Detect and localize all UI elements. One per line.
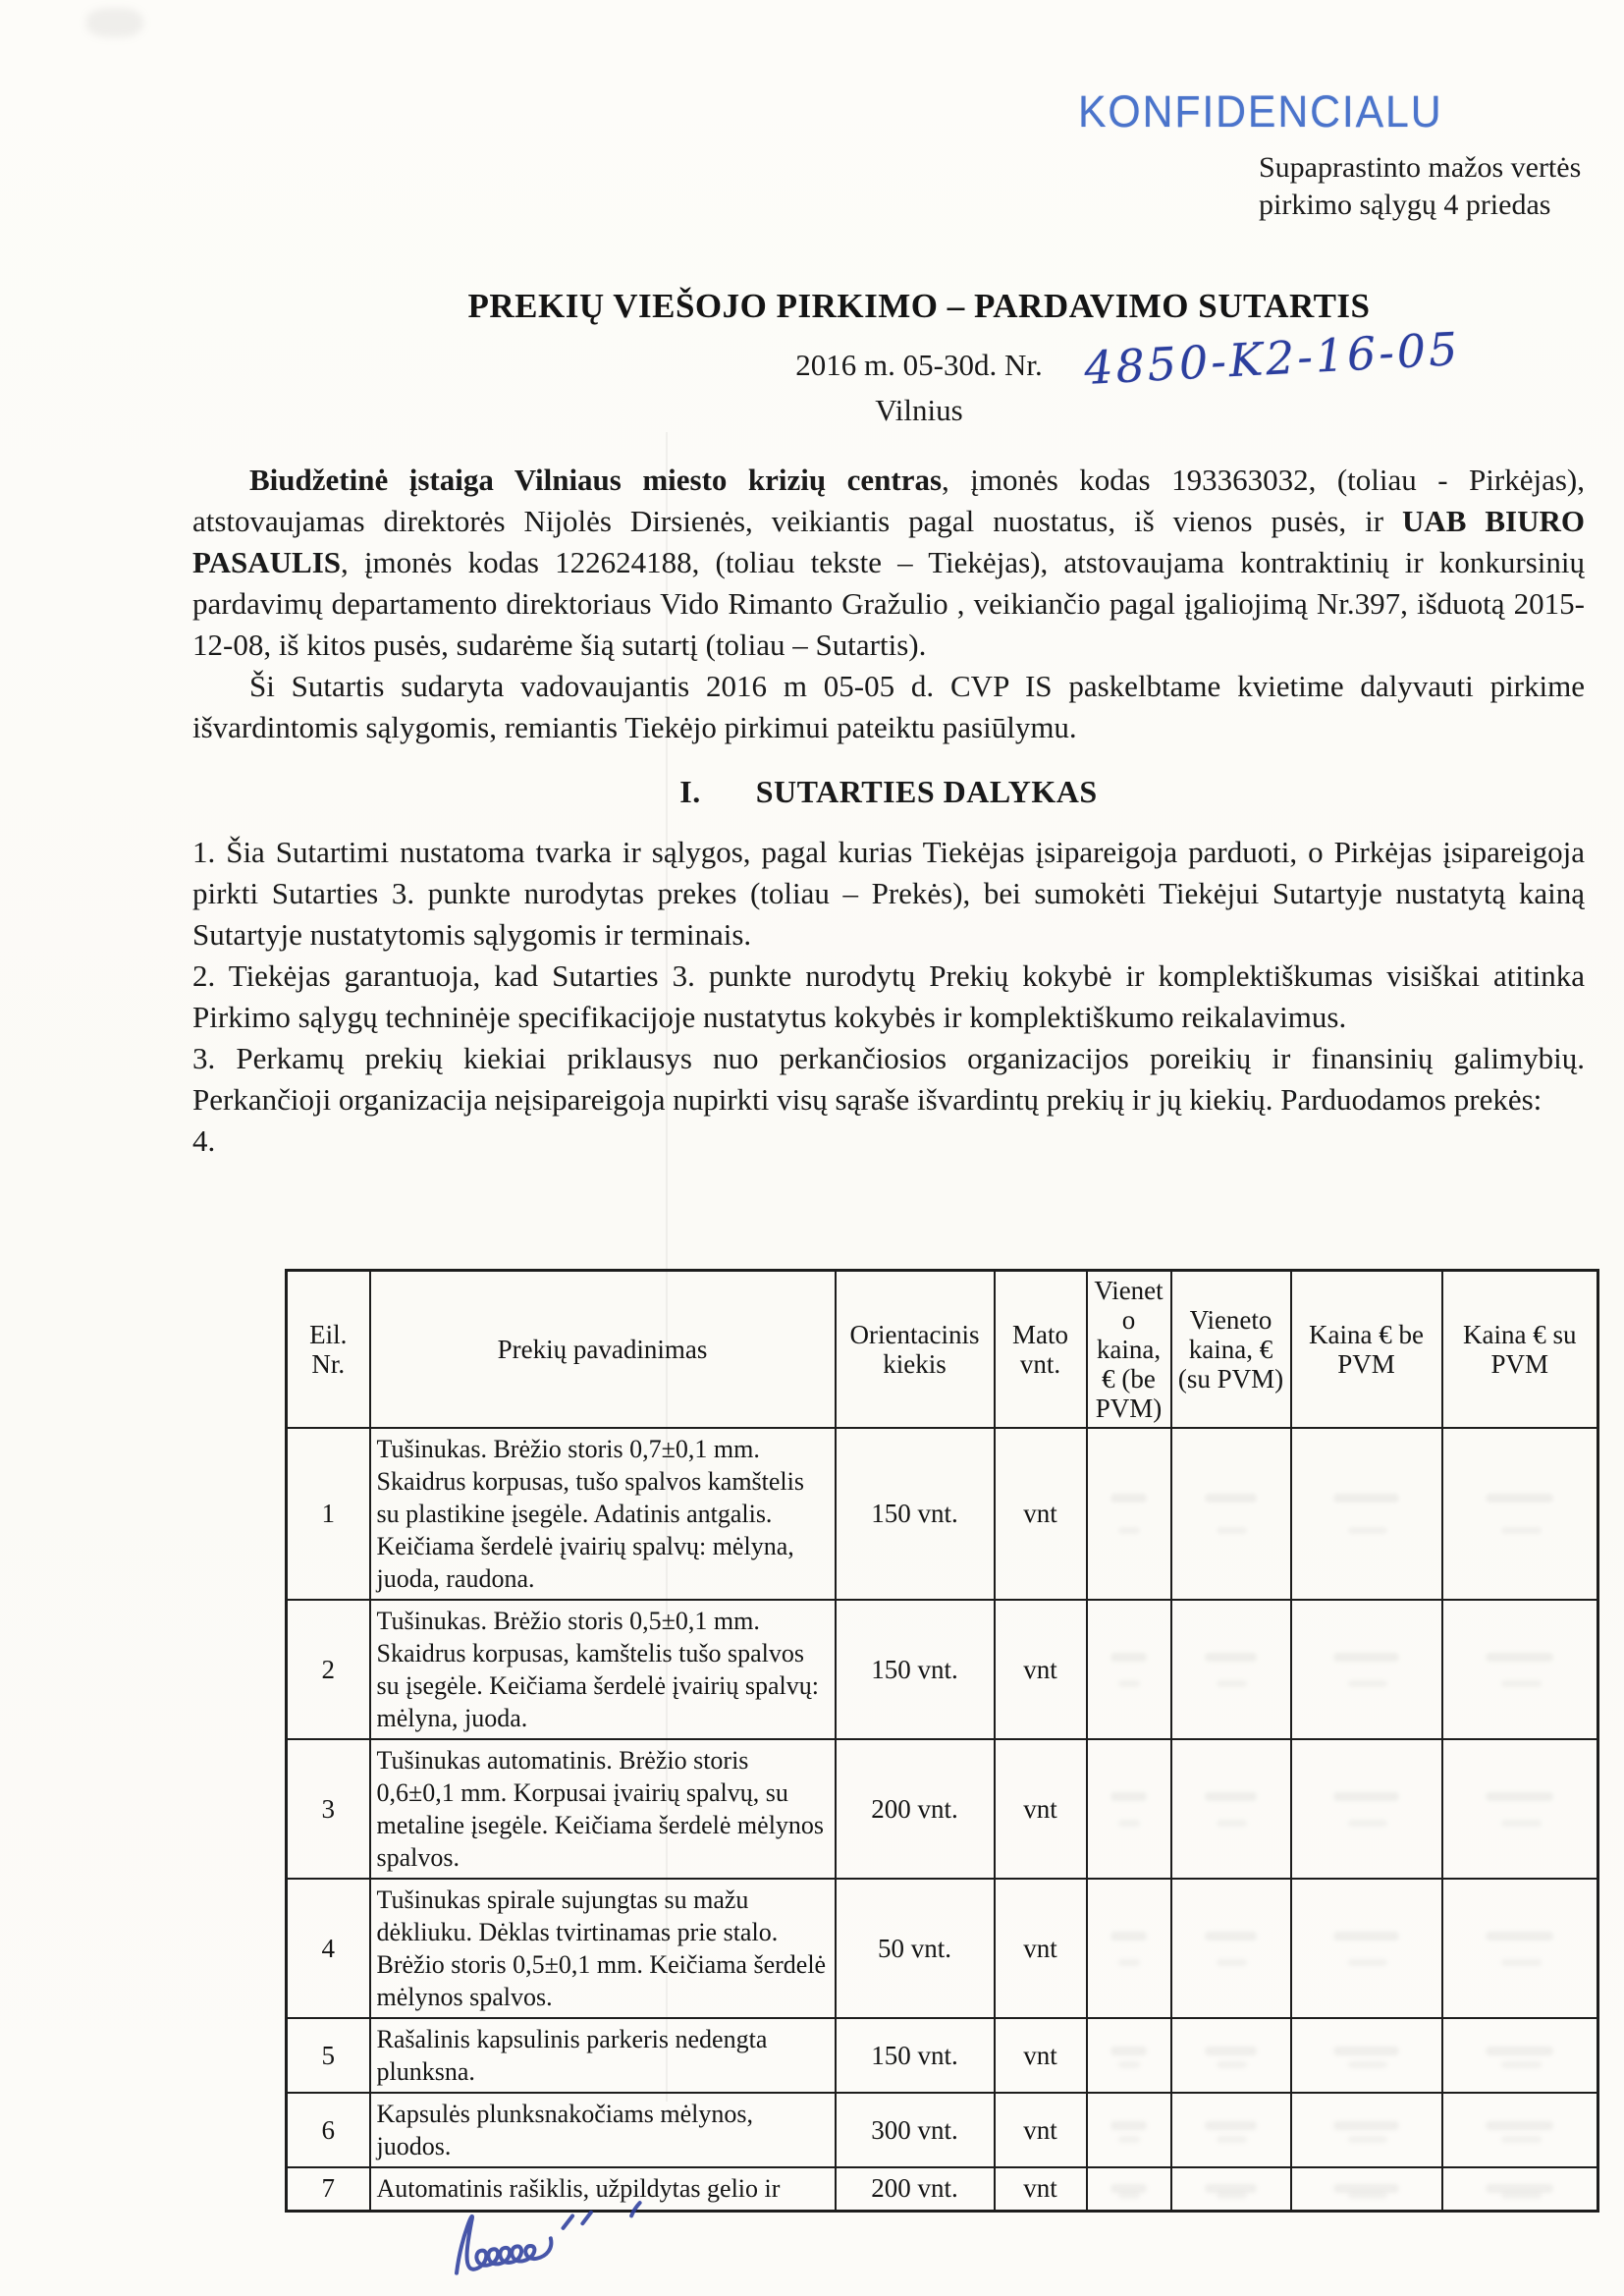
price-cell: [1171, 1600, 1291, 1739]
product-row: 5 Rašalinis kapsulinis parkeris nedengta…: [287, 2018, 1598, 2093]
row-number-cell: 2: [287, 1600, 370, 1739]
price-cell: [1087, 1428, 1171, 1600]
price-cell: [1087, 1600, 1171, 1739]
price-cell: [1291, 2018, 1442, 2093]
product-name-cell: Tušinukas. Brėžio storis 0,5±0,1 mm. Ska…: [370, 1600, 836, 1739]
header-pavadinimas: Prekių pavadinimas: [370, 1271, 836, 1429]
price-cell: [1442, 1600, 1598, 1739]
header-vieneto-kaina-be-pvm: Vienet o kaina, € (be PVM): [1087, 1271, 1171, 1429]
price-cell: [1442, 2167, 1598, 2211]
price-cell: [1171, 1879, 1291, 2018]
price-cell: [1087, 2167, 1171, 2211]
product-row: 4 Tušinukas spirale sujungtas su mažu dė…: [287, 1879, 1598, 2018]
price-cell: [1442, 2093, 1598, 2167]
quantity-cell: 150 vnt.: [836, 1428, 995, 1600]
header-mato-vnt: Mato vnt.: [995, 1271, 1087, 1429]
document-heading: PREKIŲ VIEŠOJO PIRKIMO – PARDAVIMO SUTAR…: [222, 287, 1616, 428]
contract-clause-4: 4.: [192, 1121, 1585, 1162]
attachment-note-line1: Supaprastinto mažos vertės: [1259, 149, 1583, 187]
price-cell: [1087, 1879, 1171, 2018]
price-cell: [1442, 1739, 1598, 1879]
date-prefix: 2016 m. 05-30d. Nr.: [795, 348, 1042, 382]
product-row: 1 Tušinukas. Brėžio storis 0,7±0,1 mm. S…: [287, 1428, 1598, 1600]
product-name-cell: Rašalinis kapsulinis parkeris nedengta p…: [370, 2018, 836, 2093]
handwritten-signature: [440, 2188, 734, 2296]
price-cell: [1291, 1428, 1442, 1600]
attachment-note-line2: pirkimo sąlygų 4 priedas: [1259, 187, 1583, 224]
row-number-cell: 1: [287, 1428, 370, 1600]
contract-clause-2: 2. Tiekėjas garantuoja, kad Sutarties 3.…: [192, 956, 1585, 1038]
header-eil-nr: Eil. Nr.: [287, 1271, 370, 1429]
header-kaina-su-pvm: Kaina € su PVM: [1442, 1271, 1598, 1429]
unit-cell: vnt: [995, 1600, 1087, 1739]
price-cell: [1291, 2093, 1442, 2167]
header-kiekis: Orientacinis kiekis: [836, 1271, 995, 1429]
price-cell: [1291, 1739, 1442, 1879]
quantity-cell: 50 vnt.: [836, 1879, 995, 2018]
price-cell: [1291, 1600, 1442, 1739]
contract-clause-3: 3. Perkamų prekių kiekiai priklausys nuo…: [192, 1038, 1585, 1121]
price-cell: [1171, 1428, 1291, 1600]
date-line: 2016 m. 05-30d. Nr. 4850-K2-16-05: [222, 348, 1616, 383]
document-title: PREKIŲ VIEŠOJO PIRKIMO – PARDAVIMO SUTAR…: [222, 287, 1616, 326]
scanned-contract-page: KONFIDENCIALU Supaprastinto mažos vertės…: [0, 0, 1624, 2296]
unit-cell: vnt: [995, 1428, 1087, 1600]
quantity-cell: 150 vnt.: [836, 1600, 995, 1739]
price-cell: [1291, 1879, 1442, 2018]
section-heading: I.SUTARTIES DALYKAS: [192, 774, 1585, 810]
price-cell: [1087, 1739, 1171, 1879]
intro-paragraph: Biudžetinė įstaiga Vilniaus miesto krizi…: [192, 460, 1585, 666]
unit-cell: vnt: [995, 2093, 1087, 2167]
unit-cell: vnt: [995, 2167, 1087, 2211]
row-number-cell: 7: [287, 2167, 370, 2211]
header-vieneto-kaina-su-pvm: Vieneto kaina, € (su PVM): [1171, 1271, 1291, 1429]
price-cell: [1171, 2093, 1291, 2167]
unit-cell: vnt: [995, 1739, 1087, 1879]
header-kaina-be-pvm: Kaina € be PVM: [1291, 1271, 1442, 1429]
quantity-cell: 150 vnt.: [836, 2018, 995, 2093]
price-cell: [1171, 2167, 1291, 2211]
product-name-cell: Tušinukas spirale sujungtas su mažu dėkl…: [370, 1879, 836, 2018]
quantity-cell: 300 vnt.: [836, 2093, 995, 2167]
section-title: SUTARTIES DALYKAS: [756, 774, 1098, 809]
price-cell: [1171, 2018, 1291, 2093]
handwritten-contract-number: 4850-K2-16-05: [1083, 322, 1462, 395]
price-cell: [1442, 1879, 1598, 2018]
contract-body: Biudžetinė įstaiga Vilniaus miesto krizi…: [192, 460, 1585, 1273]
row-number-cell: 6: [287, 2093, 370, 2167]
product-name-cell: Kapsulės plunksnakočiams mėlynos, juodos…: [370, 2093, 836, 2167]
product-name-cell: Tušinukas. Brėžio storis 0,7±0,1 mm. Ska…: [370, 1428, 836, 1600]
buyer-name: Biudžetinė įstaiga Vilniaus miesto krizi…: [249, 463, 942, 497]
price-cell: [1087, 2018, 1171, 2093]
intro-paragraph-2: Ši Sutartis sudaryta vadovaujantis 2016 …: [192, 666, 1585, 748]
price-cell: [1291, 2167, 1442, 2211]
price-cell: [1087, 2093, 1171, 2167]
city-label: Vilnius: [222, 393, 1616, 428]
confidential-stamp: KONFIDENCIALU: [1078, 86, 1443, 137]
contract-clause-1: 1. Šia Sutartimi nustatoma tvarka ir sąl…: [192, 832, 1585, 956]
unit-cell: vnt: [995, 2018, 1087, 2093]
price-cell: [1171, 1739, 1291, 1879]
intro-text-2: , įmonės kodas 122624188, (toliau tekste…: [192, 545, 1585, 662]
product-row: 6 Kapsulės plunksnakočiams mėlynos, juod…: [287, 2093, 1598, 2167]
row-number-cell: 5: [287, 2018, 370, 2093]
product-name-cell: Tušinukas automatinis. Brėžio storis 0,6…: [370, 1739, 836, 1879]
row-number-cell: 4: [287, 1879, 370, 2018]
table-header-row: Eil. Nr. Prekių pavadinimas Orientacinis…: [287, 1271, 1598, 1429]
price-cell: [1442, 2018, 1598, 2093]
quantity-cell: 200 vnt.: [836, 1739, 995, 1879]
attachment-note: Supaprastinto mažos vertės pirkimo sąlyg…: [1259, 149, 1583, 224]
products-table: Eil. Nr. Prekių pavadinimas Orientacinis…: [285, 1269, 1599, 2213]
price-cell: [1442, 1428, 1598, 1600]
section-number: I.: [679, 774, 700, 809]
unit-cell: vnt: [995, 1879, 1087, 2018]
scan-smudge: [86, 8, 143, 37]
quantity-cell: 200 vnt.: [836, 2167, 995, 2211]
product-row: 3 Tušinukas automatinis. Brėžio storis 0…: [287, 1739, 1598, 1879]
row-number-cell: 3: [287, 1739, 370, 1879]
product-row: 2 Tušinukas. Brėžio storis 0,5±0,1 mm. S…: [287, 1600, 1598, 1739]
